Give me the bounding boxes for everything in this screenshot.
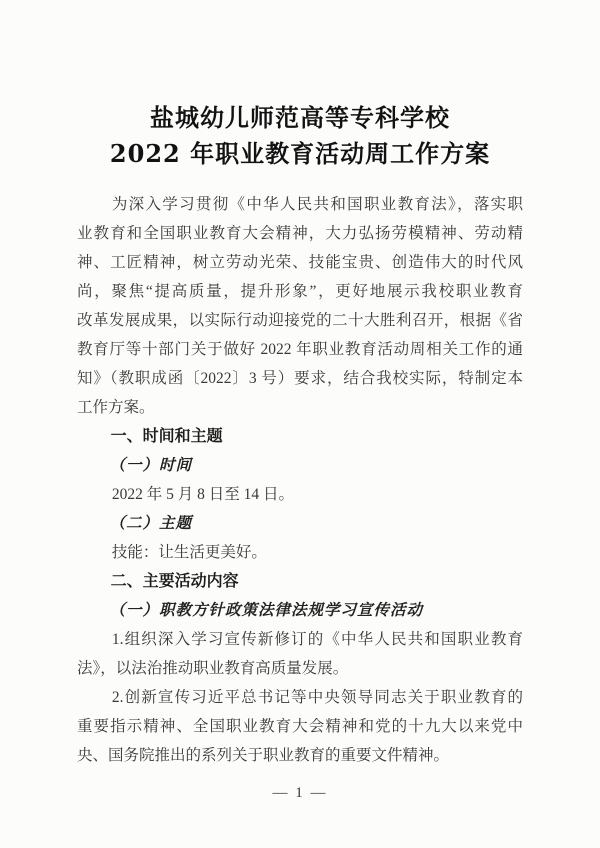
sub-heading: （一）职教方针政策法律法规学习宣传活动: [77, 596, 523, 625]
text-line: 技能：让生活更美好。: [77, 538, 523, 567]
text-line: 教育厅等十部门关于做好 2022 年职业教育活动周相关工作的通: [77, 335, 523, 364]
section-heading: 二、主要活动内容: [77, 567, 523, 596]
document-body: 为深入学习贯彻《中华人民共和国职业教育法》，落实职 业教育和全国职业教育大会精神…: [77, 190, 523, 770]
text-line: 尚，聚焦“提高质量，提升形象”，更好地展示我校职业教育: [77, 277, 523, 306]
section-heading: 一、时间和主题: [77, 422, 523, 451]
document-title: 盐城幼儿师范高等专科学校 2022 年职业教育活动周工作方案: [77, 100, 523, 172]
sub-heading: （二）主题: [77, 509, 523, 538]
text-line: 央、国务院推出的系列关于职业教育的重要文件精神。: [77, 741, 523, 770]
text-line: 法》，以法治推动职业教育高质量发展。: [77, 654, 523, 683]
text-line: 知》（教职成函〔2022〕3 号）要求，结合我校实际，特制定本: [77, 364, 523, 393]
document-page: 盐城幼儿师范高等专科学校 2022 年职业教育活动周工作方案 为深入学习贯彻《中…: [0, 0, 600, 848]
page-number: — 1 —: [77, 781, 523, 805]
text-line: 神、工匠精神，树立劳动光荣、技能宝贵、创造伟大的时代风: [77, 248, 523, 277]
text-line: 2.创新宣传习近平总书记等中央领导同志关于职业教育的: [77, 683, 523, 712]
text-line: 2022 年 5 月 8 日至 14 日。: [77, 480, 523, 509]
sub-heading: （一）时间: [77, 451, 523, 480]
text-line: 重要指示精神、全国职业教育大会精神和党的十九大以来党中: [77, 712, 523, 741]
document-title-line-2: 2022 年职业教育活动周工作方案: [77, 136, 523, 172]
text-line: 1.组织深入学习宣传新修订的《中华人民共和国职业教育: [77, 625, 523, 654]
document-title-line-1: 盐城幼儿师范高等专科学校: [77, 100, 523, 136]
text-line: 为深入学习贯彻《中华人民共和国职业教育法》，落实职: [77, 190, 523, 219]
text-line: 工作方案。: [77, 393, 523, 422]
text-line: 改革发展成果，以实际行动迎接党的二十大胜利召开，根据《省: [77, 306, 523, 335]
text-line: 业教育和全国职业教育大会精神，大力弘扬劳模精神、劳动精: [77, 219, 523, 248]
